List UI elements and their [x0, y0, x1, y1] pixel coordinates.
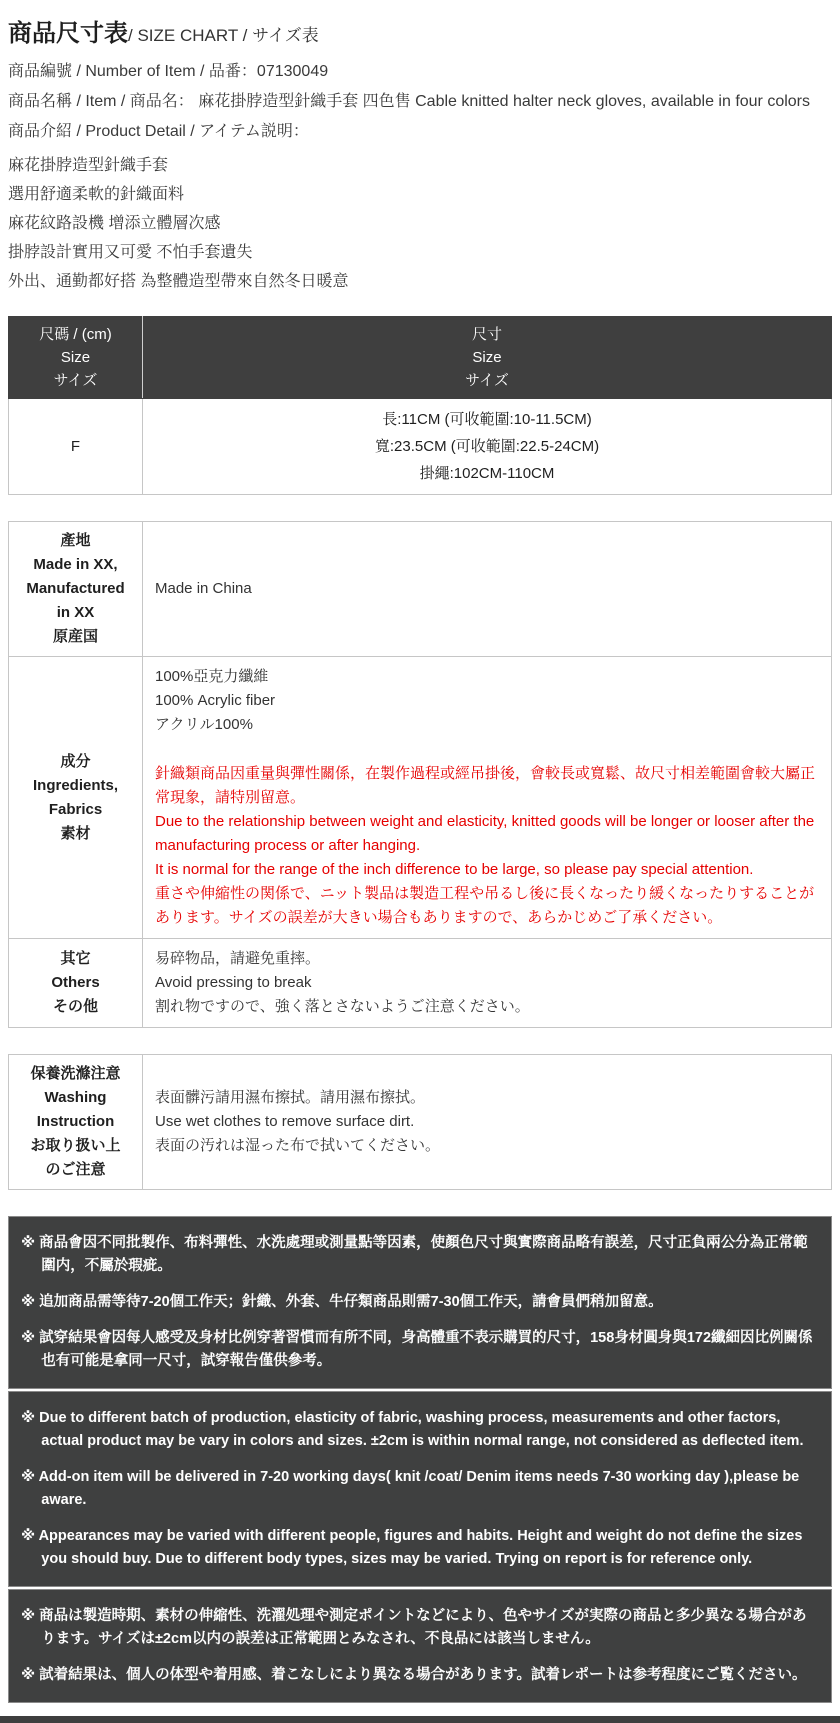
- product-info-table: 產地 Made in XX, Manufactured in XX 原産国 Ma…: [8, 521, 832, 1028]
- notice-box-english: ※ Due to different batch of production, …: [8, 1391, 832, 1587]
- washing-label: 保養洗滌注意 Washing Instruction お取り扱い上 のご注意: [9, 1055, 143, 1190]
- notice-en-3: ※ Appearances may be varied with differe…: [21, 1525, 819, 1571]
- notice-zh-1: ※ 商品會因不同批製作、布料彈性、水洗處理或測量點等因素，使顏色尺寸與實際商品略…: [21, 1232, 819, 1278]
- next-section-divider-bar: [0, 1716, 840, 1723]
- page-title-main: 商品尺寸表: [8, 20, 128, 47]
- others-value: 易碎物品，請避免重摔。 Avoid pressing to break 割れ物で…: [143, 939, 832, 1028]
- ingredients-row: 成分 Ingredients, Fabrics 素材 100%亞克力纖維 100…: [9, 657, 832, 939]
- washing-value: 表面髒污請用濕布擦拭。請用濕布擦拭。 Use wet clothes to re…: [143, 1055, 832, 1190]
- page-title: 商品尺寸表/ SIZE CHART / サイズ表: [8, 12, 832, 49]
- ingredients-label: 成分 Ingredients, Fabrics 素材: [9, 657, 143, 939]
- notice-zh-3: ※ 試穿結果會因每人感受及身材比例穿著習慣而有所不同，身高體重不表示購買的尺寸，…: [21, 1327, 819, 1373]
- product-size-chart-page: 商品尺寸表/ SIZE CHART / サイズ表 商品編號 / Number o…: [0, 0, 840, 1723]
- size-row-f: F 長:11CM (可收範圍:10-11.5CM) 寬:23.5CM (可收範圍…: [9, 399, 832, 495]
- page-title-sub: / SIZE CHART / サイズ表: [128, 26, 319, 45]
- washing-instruction-table: 保養洗滌注意 Washing Instruction お取り扱い上 のご注意 表…: [8, 1054, 832, 1190]
- origin-value: Made in China: [143, 522, 832, 657]
- product-detail-heading: 商品介紹 / Product Detail / アイテム説明：: [8, 121, 832, 143]
- dimensions-column-header: 尺寸 Size サイズ: [143, 317, 832, 399]
- notice-en-2: ※ Add-on item will be delivered in 7-20 …: [21, 1466, 819, 1512]
- item-number-line: 商品編號 / Number of Item / 品番：07130049: [8, 61, 832, 83]
- notice-box-chinese: ※ 商品會因不同批製作、布料彈性、水洗處理或測量點等因素，使顏色尺寸與實際商品略…: [8, 1216, 832, 1389]
- size-chart-table: 尺碼 / (cm) Size サイズ 尺寸 Size サイズ F 長:11CM …: [8, 316, 832, 495]
- notice-zh-2: ※ 追加商品需等待7-20個工作天；針織、外套、牛仔類商品則需7-30個工作天，…: [21, 1291, 819, 1314]
- ingredients-cell: 100%亞克力纖維 100% Acrylic fiber アクリル100% 針織…: [143, 657, 832, 939]
- item-name-line: 商品名稱 / Item / 商品名： 麻花掛脖造型針織手套 四色售 Cable …: [8, 91, 832, 113]
- product-detail-description: 麻花掛脖造型針織手套 選用舒適柔軟的針織面料 麻花紋路設機 增添立體層次感 掛脖…: [8, 151, 832, 296]
- washing-row: 保養洗滌注意 Washing Instruction お取り扱い上 のご注意 表…: [9, 1055, 832, 1190]
- size-dimensions-value: 長:11CM (可收範圍:10-11.5CM) 寬:23.5CM (可收範圍:2…: [143, 399, 832, 495]
- page-content: 商品尺寸表/ SIZE CHART / サイズ表 商品編號 / Number o…: [0, 0, 840, 1703]
- notice-box-japanese: ※ 商品は製造時期、素材の伸縮性、洗濯処理や測定ポイントなどにより、色やサイズが…: [8, 1589, 832, 1703]
- others-row: 其它 Others その他 易碎物品，請避免重摔。 Avoid pressing…: [9, 939, 832, 1028]
- notice-ja-2: ※ 試着結果は、個人の体型や着用感、着こなしにより異なる場合があります。試着レポ…: [21, 1664, 819, 1687]
- size-value: F: [9, 399, 143, 495]
- origin-label: 產地 Made in XX, Manufactured in XX 原産国: [9, 522, 143, 657]
- origin-row: 產地 Made in XX, Manufactured in XX 原産国 Ma…: [9, 522, 832, 657]
- ingredients-elasticity-warning: 針織類商品因重量與彈性關係，在製作過程或經吊掛後，會較長或寬鬆、故尺寸相差範圍會…: [155, 762, 819, 930]
- others-label: 其它 Others その他: [9, 939, 143, 1028]
- ingredients-composition: 100%亞克力纖維 100% Acrylic fiber アクリル100%: [155, 665, 819, 737]
- notice-en-1: ※ Due to different batch of production, …: [21, 1407, 819, 1453]
- size-chart-header-row: 尺碼 / (cm) Size サイズ 尺寸 Size サイズ: [9, 317, 832, 399]
- size-column-header: 尺碼 / (cm) Size サイズ: [9, 317, 143, 399]
- notice-ja-1: ※ 商品は製造時期、素材の伸縮性、洗濯処理や測定ポイントなどにより、色やサイズが…: [21, 1605, 819, 1651]
